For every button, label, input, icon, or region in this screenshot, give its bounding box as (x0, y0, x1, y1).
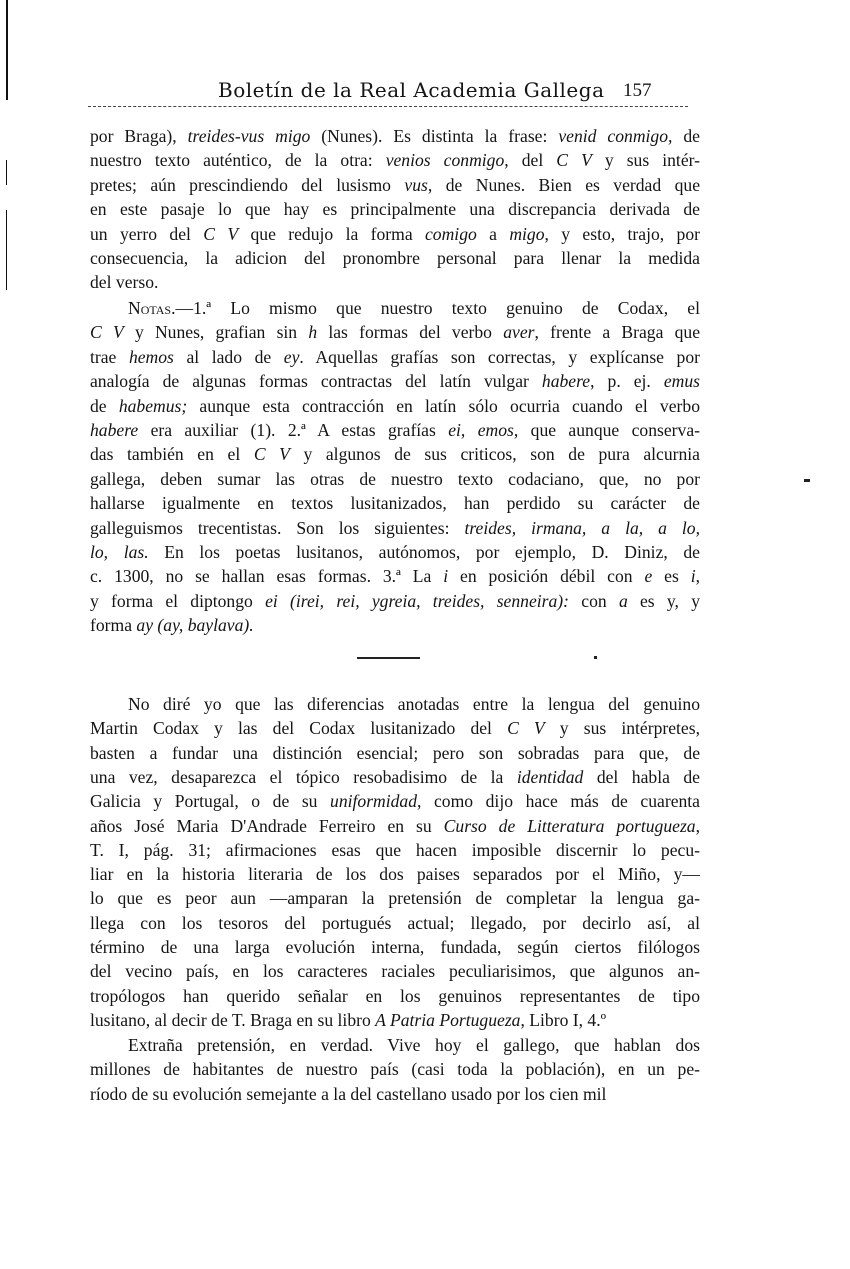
scan-speck (804, 479, 810, 482)
text-line: tropólogos han querido señalar en los ge… (90, 984, 700, 1008)
section-separator (357, 657, 420, 659)
text-line: C V y Nunes, grafian sin h las formas de… (90, 320, 700, 344)
text-line: en este pasaje lo que hay es principalme… (90, 197, 700, 221)
text-line: gallega, deben sumar las otras de nuestr… (90, 467, 700, 491)
text-line: consecuencia, la adicion del pronombre p… (90, 246, 700, 270)
text-line: llega con los tesoros del portugués actu… (90, 911, 700, 935)
text-line: T. I, pág. 31; afirmaciones esas que hac… (90, 838, 700, 862)
text-line: galleguismos trecentistas. Son los sigui… (90, 516, 700, 540)
text-line: lo, las. En los poetas lusitanos, autóno… (90, 540, 700, 564)
text-line: hallarse igualmente en textos lusitaniza… (90, 491, 700, 515)
text-line: das también en el C V y algunos de sus c… (90, 442, 700, 466)
text-line: lusitano, al decir de T. Braga en su lib… (90, 1008, 700, 1032)
text-line: forma ay (ay, baylava). (90, 613, 700, 637)
text-line: un yerro del C V que redujo la forma com… (90, 222, 700, 246)
text-line: término de una larga evolución interna, … (90, 935, 700, 959)
scan-margin-bar (6, 210, 7, 290)
text-line: y forma el diptongo ei (irei, rei, ygrei… (90, 589, 700, 613)
text-line: del vecino país, en los caracteres racia… (90, 959, 700, 983)
text-line: por Braga), treides-vus migo (Nunes). Es… (90, 124, 700, 148)
text-line: Galicia y Portugal, o de su uniformidad,… (90, 789, 700, 813)
text-line: del verso. (90, 270, 700, 294)
text-line: analogía de algunas formas contractas de… (90, 369, 700, 393)
text-line: c. 1300, no se hallan esas formas. 3.ª L… (90, 564, 700, 588)
text-line: lo que es peor aun —amparan la pretensió… (90, 886, 700, 910)
text-line: de habemus; aunque esta contracción en l… (90, 394, 700, 418)
text-line: Martin Codax y las del Codax lusitanizad… (90, 716, 700, 740)
text-line: Notas.—1.ª Lo mismo que nuestro texto ge… (128, 296, 700, 320)
text-line: No diré yo que las diferencias anotadas … (128, 692, 700, 716)
page-number: 157 (623, 80, 652, 102)
text-line: millones de habitantes de nuestro país (… (90, 1057, 700, 1081)
text-line: habere era auxiliar (1). 2.ª A estas gra… (90, 418, 700, 442)
text-line: ríodo de su evolución semejante a la del… (90, 1082, 700, 1106)
text-line: pretes; aún prescindiendo del lusismo vu… (90, 173, 700, 197)
header-rule (88, 106, 688, 107)
scan-margin-bar (6, 160, 7, 185)
text-line: años José Maria D'Andrade Ferreiro en su… (90, 814, 700, 838)
text-line: liar en la historia literaria de los dos… (90, 862, 700, 886)
scan-speck (594, 656, 597, 659)
running-header: Boletín de la Real Academia Gallega 157 (0, 78, 850, 106)
text-line: basten a fundar una distinción esencial;… (90, 741, 700, 765)
text-line: trae hemos al lado de ey. Aquellas grafí… (90, 345, 700, 369)
text-line: nuestro texto auténtico, de la otra: ven… (90, 148, 700, 172)
running-title: Boletín de la Real Academia Gallega (218, 78, 605, 102)
text-line: Extraña pretensión, en verdad. Vive hoy … (128, 1033, 700, 1057)
text-line: una vez, desaparezca el tópico resobadis… (90, 765, 700, 789)
